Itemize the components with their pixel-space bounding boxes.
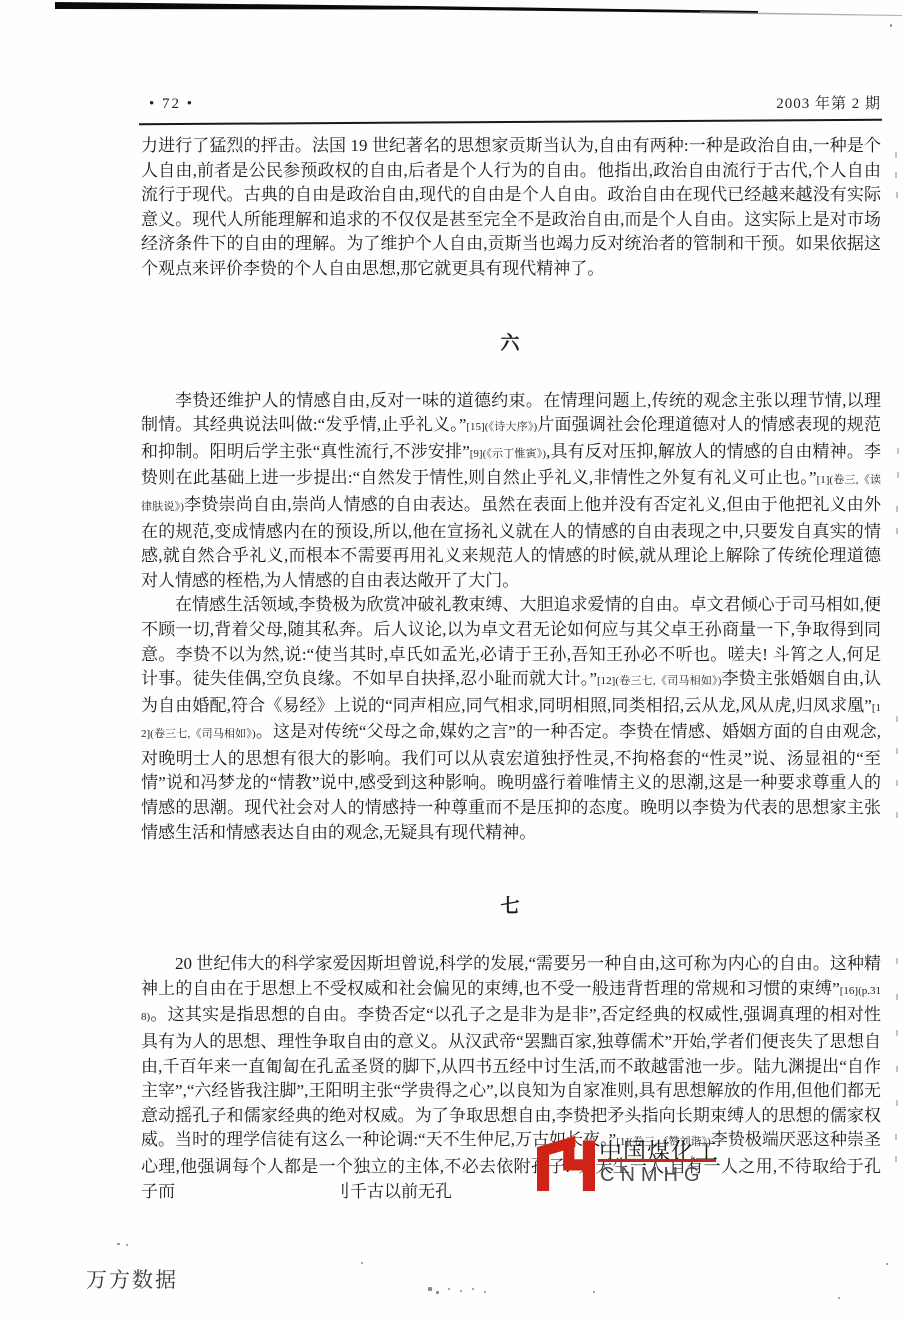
section-heading: 七 bbox=[141, 895, 881, 919]
paragraph: 在情感生活领域,李贽极为欣赏冲破礼教束缚、大胆追求爱情的自由。卓文君倾心于司马相… bbox=[141, 593, 881, 845]
text-fragment: 刂千古以前无孔 bbox=[333, 1182, 452, 1201]
paragraph: 力进行了猛烈的抨击。法国 19 世纪著名的思想家贡斯当认为,自由有两种:一种是政… bbox=[141, 134, 881, 282]
scanned-journal-page: • 72 • 2003 年第 2 期 力进行了猛烈的抨击。法国 19 世纪著名的… bbox=[0, 0, 904, 1320]
citation-ref: [1](卷三,《赞刘谐》) bbox=[616, 1136, 711, 1148]
page-number: • 72 • bbox=[149, 96, 194, 113]
running-header: • 72 • 2003 年第 2 期 bbox=[141, 96, 881, 116]
text-run: 力进行了猛烈的抨击。法国 19 世纪著名的思想家贡斯当认为,自由有两种:一种是政… bbox=[141, 136, 881, 278]
section-heading: 六 bbox=[141, 332, 881, 356]
scan-line-artifact bbox=[0, 0, 904, 22]
issue-label: 2003 年第 2 期 bbox=[776, 92, 881, 113]
wanfang-mark: 万方数据 bbox=[86, 1264, 178, 1294]
citation-ref: [12](卷三七,《司马相如》) bbox=[597, 675, 721, 687]
article-body: 力进行了猛烈的抨击。法国 19 世纪著名的思想家贡斯当认为,自由有两种:一种是政… bbox=[141, 134, 881, 1204]
obscured-gap bbox=[175, 1196, 333, 1197]
paragraph: 李贽还维护人的情感自由,反对一味的道德约束。在情理问题上,传统的观念主张以理节情… bbox=[141, 389, 881, 594]
text-run: 李贽崇尚自由,崇尚人情感的自由表达。虽然在表面上他并没有否定礼义,但由于他把礼义… bbox=[141, 495, 881, 590]
header-rule bbox=[139, 119, 882, 126]
paragraph: 20 世纪伟大的科学家爱因斯坦曾说,科学的发展,“需要另一种自由,这可称为内心的… bbox=[141, 952, 881, 1204]
text-run: 。这其实是指思想的自由。李贽否定“以孔子之是非为是非”,否定经典的权威性,强调真… bbox=[141, 1005, 881, 1149]
citation-ref: [9](《示丁惟寅》) bbox=[470, 448, 546, 460]
citation-ref: [15](《诗大序》) bbox=[466, 421, 537, 433]
text-run: 20 世纪伟大的科学家爱因斯坦曾说,科学的发展,“需要另一种自由,这可称为内心的… bbox=[141, 954, 881, 998]
